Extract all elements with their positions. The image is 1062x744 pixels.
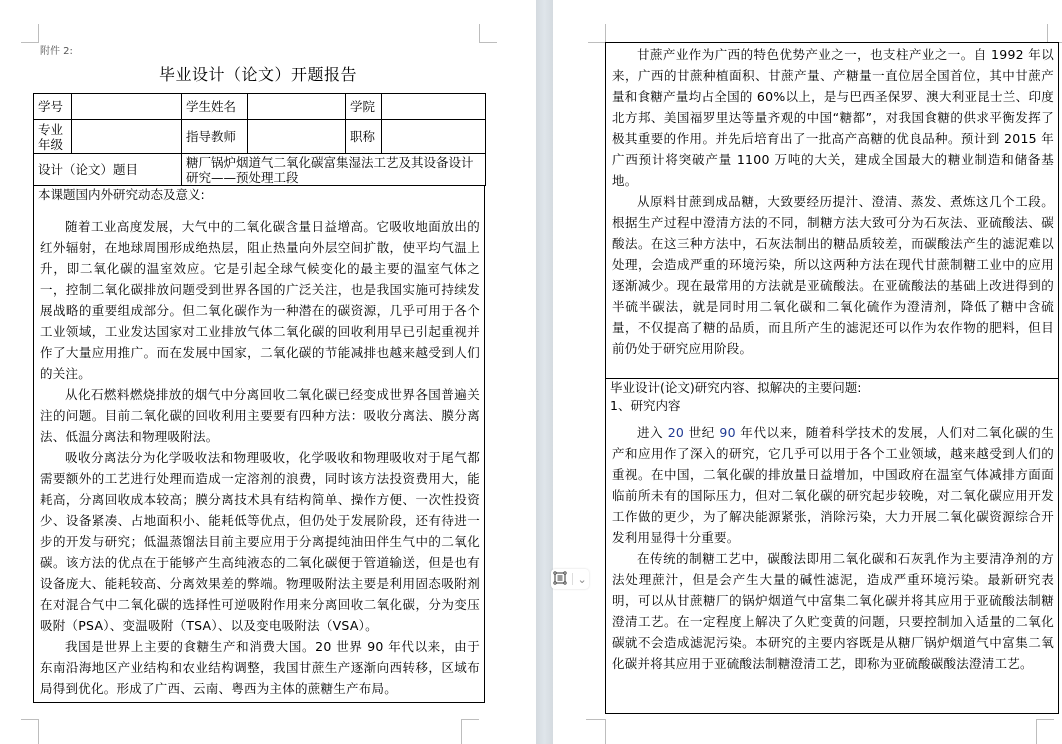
label-major-grade: 专业年级: [34, 120, 72, 154]
paragraph: 甘蔗产业作为广西的特色优势产业之一，也支柱产业之一。自 1992 年以来，广西的…: [606, 44, 1058, 191]
text-run: 年代以来，随着科学技术的发展，人们对二氧化碳的生产和应用作了深入的研究，它几乎可…: [612, 425, 1054, 545]
attachment-label: 附件 2:: [40, 42, 73, 57]
crop-mark: [1047, 24, 1048, 43]
section-heading: 毕业设计(论文)研究内容、拟解决的主要问题:: [606, 378, 1058, 396]
crop-mark: [605, 719, 606, 744]
document-title: 毕业设计（论文）开题报告: [0, 62, 516, 85]
crop-mark: [1036, 719, 1037, 744]
crop-mark: [588, 42, 606, 43]
field-title-rank[interactable]: [382, 120, 486, 154]
document-page-right: 甘蔗产业作为广西的特色优势产业之一，也支柱产业之一。自 1992 年以来，广西的…: [553, 0, 1062, 744]
crop-mark: [38, 24, 39, 43]
label-student-id: 学号: [34, 94, 72, 120]
number-run: 20: [668, 425, 684, 440]
divider: [572, 573, 573, 585]
text-run: 进入: [637, 425, 668, 440]
chevron-down-icon[interactable]: ⌄: [577, 573, 586, 586]
paragraph: 在传统的制糖工艺中，碳酸法即用二氧化碳和石灰乳作为主要清净剂的方法处理蔗汁，但是…: [606, 548, 1058, 674]
field-student-id[interactable]: [72, 94, 182, 120]
crop-mark: [479, 24, 480, 43]
field-college[interactable]: [382, 94, 486, 120]
info-table: 学号 学生姓名 学院 专业年级 指导教师 职称 设计（论文）题目 糖厂锅炉烟道气…: [33, 93, 486, 186]
paragraph: 随着工业高度发展，大气中的二氧化碳含量日益增高。它吸收地面放出的红外辐射，在地球…: [34, 216, 484, 384]
paragraph: 从化石燃料燃烧排放的烟气中分离回收二氧化碳已经变成世界各国普遍关注的问题。目前二…: [34, 384, 484, 447]
paragraph: 进入 20 世纪 90 年代以来，随着科学技术的发展，人们对二氧化碳的生产和应用…: [606, 422, 1058, 548]
field-major-grade[interactable]: [72, 120, 182, 154]
label-student-name: 学生姓名: [182, 94, 248, 120]
crop-mark: [461, 719, 462, 744]
research-background-section: 本课题国内外研究动态及意义: 随着工业高度发展，大气中的二氧化碳含量日益增高。它…: [33, 185, 485, 703]
layout-options-button[interactable]: ⌄: [551, 569, 589, 589]
background-continued-section: 甘蔗产业作为广西的特色优势产业之一，也支柱产业之一。自 1992 年以来，广西的…: [605, 42, 1059, 379]
crop-mark: [605, 24, 606, 43]
text-run: 世纪: [684, 425, 719, 440]
section-heading: 本课题国内外研究动态及意义:: [34, 185, 484, 203]
crop-mark: [21, 42, 39, 43]
label-title-rank: 职称: [346, 120, 382, 154]
label-thesis-topic: 设计（论文）题目: [34, 154, 182, 186]
paragraph: 我国是世界上主要的食糖生产和消费大国。20 世界 90 年代以来，由于东南沿海地…: [34, 636, 484, 699]
paragraph: 吸收分离法分为化学吸收法和物理吸收，化学吸收和物理吸收对于尾气都需要额外的工艺进…: [34, 447, 484, 636]
number-run: 90: [719, 425, 735, 440]
layout-options-icon: [553, 571, 567, 588]
field-student-name[interactable]: [248, 94, 346, 120]
crop-mark: [21, 719, 39, 720]
field-thesis-topic[interactable]: 糖厂锅炉烟道气二氧化碳富集湿法工艺及其设备设计研究——预处理工段: [182, 154, 486, 186]
crop-mark: [586, 719, 605, 720]
crop-mark: [479, 42, 497, 43]
research-content-section: 毕业设计(论文)研究内容、拟解决的主要问题: 1、研究内容 进入 20 世纪 9…: [605, 378, 1059, 714]
label-advisor: 指导教师: [182, 120, 248, 154]
label-college: 学院: [346, 94, 382, 120]
field-advisor[interactable]: [248, 120, 346, 154]
crop-mark: [461, 719, 479, 720]
crop-mark: [1036, 719, 1054, 720]
page-gutter: [536, 0, 553, 744]
document-page-left: 附件 2: 毕业设计（论文）开题报告 学号 学生姓名 学院 专业年级 指导教师 …: [0, 0, 536, 744]
subheading: 1、研究内容: [606, 396, 1058, 414]
crop-mark: [38, 719, 39, 744]
paragraph: 从原料甘蔗到成品糖，大致要经历提汁、澄清、蒸发、煮炼这几个工段。根据生产过程中澄…: [606, 191, 1058, 359]
